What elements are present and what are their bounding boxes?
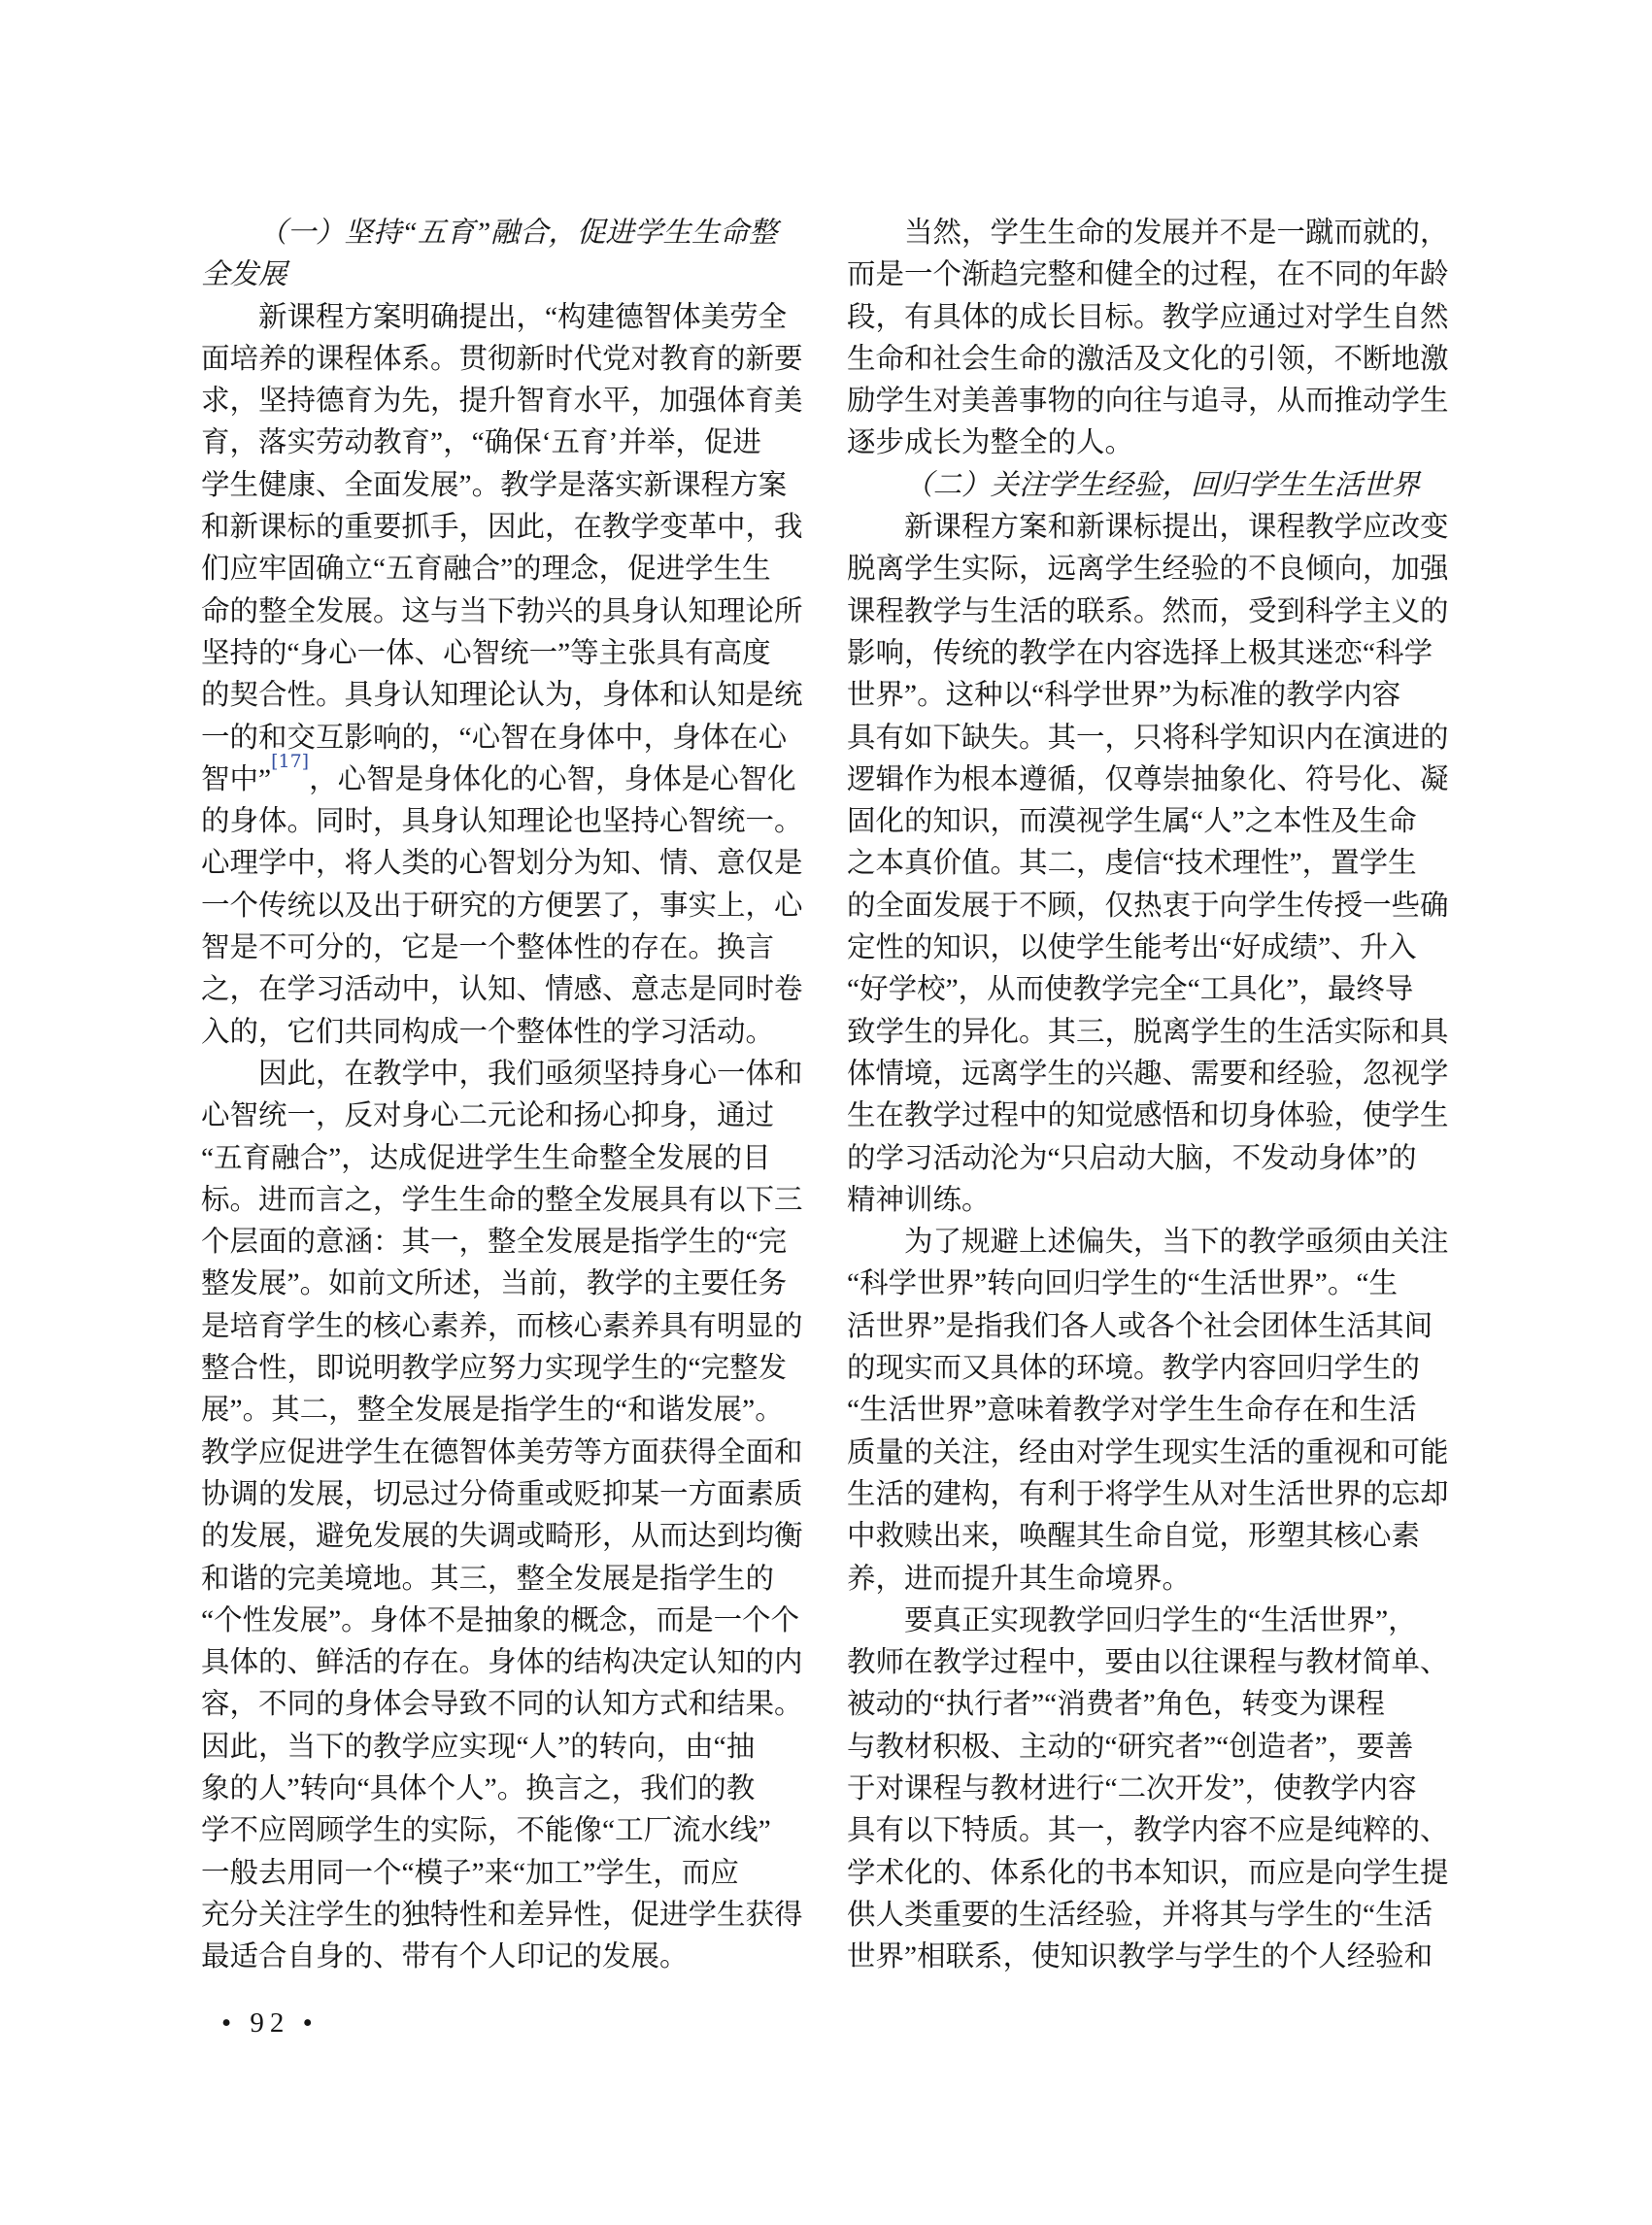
section-heading-line: 全发展 [201,254,815,296]
body-text-line: 充分关注学生的独特性和差异性，促进学生获得 [201,1895,815,1937]
body-text-line: 入的，它们共同构成一个整体性的学习活动。 [201,1012,815,1054]
body-text-line: 活世界”是指我们各人或各个社会团体生活其间 [847,1306,1461,1348]
body-text-line: 们应牢固确立“五育融合”的理念，促进学生生 [201,549,815,590]
body-text-line: 新课程方案明确提出，“构建德智体美劳全 [201,297,815,339]
body-text-line: 具有如下缺失。其一，只将科学知识内在演进的 [847,718,1461,759]
body-text-line: 和谐的完美境地。其三，整全发展是指学生的 [201,1559,815,1601]
body-text-line: “个性发展”。身体不是抽象的概念，而是一个个 [201,1601,815,1642]
body-text-line: 精神训练。 [847,1180,1461,1222]
body-text-line: 生在教学过程中的知觉感悟和切身体验，使学生 [847,1096,1461,1137]
body-text-line: 具有以下特质。其一，教学内容不应是纯粹的、 [847,1810,1461,1852]
body-text-line: 与教材积极、主动的“研究者”“创造者”，要善 [847,1727,1461,1769]
body-text-line: 为了规避上述偏失，当下的教学亟须由关注 [847,1222,1461,1264]
body-text-line: 求，坚持德育为先，提升智育水平，加强体育美 [201,381,815,422]
page-number: • 92 • [221,2004,319,2042]
body-text-line: 于对课程与教材进行“二次开发”，使教学内容 [847,1769,1461,1810]
citation-reference-link[interactable]: [17] [271,751,309,772]
document-page: （一）坚持“五育”融合，促进学生生命整全发展新课程方案明确提出，“构建德智体美劳… [0,0,1652,2225]
body-text-line: 展”。其二，整全发展是指学生的“和谐发展”。 [201,1390,815,1432]
body-text-segment: 智中” [201,764,271,795]
body-text-line: 因此，当下的教学应实现“人”的转向，由“抽 [201,1727,815,1769]
body-text-line: 学术化的、体系化的书本知识，而应是向学生提 [847,1853,1461,1895]
body-text-line: 要真正实现教学回归学生的“生活世界”， [847,1601,1461,1642]
body-text-line: 是培育学生的核心素养，而核心素养具有明显的 [201,1306,815,1348]
body-text-line: 学不应罔顾学生的实际，不能像“工厂流水线” [201,1810,815,1852]
body-text-line: “五育融合”，达成促进学生生命整全发展的目 [201,1138,815,1180]
body-text-line: 智是不可分的，它是一个整体性的存在。换言 [201,927,815,969]
body-text-line: 个层面的意涵：其一，整全发展是指学生的“完 [201,1222,815,1264]
body-text-line: 命的整全发展。这与当下勃兴的具身认知理论所 [201,591,815,633]
body-text-line: 学生健康、全面发展”。教学是落实新课程方案 [201,465,815,507]
body-text-line: 逐步成长为整全的人。 [847,422,1461,464]
body-text-line: 心智统一，反对身心二元论和扬心抑身，通过 [201,1096,815,1137]
body-text-line: 容，不同的身体会导致不同的认知方式和结果。 [201,1684,815,1726]
body-text-line: 一个传统以及出于研究的方便罢了，事实上，心 [201,886,815,927]
body-text-line: 的契合性。具身认知理论认为，身体和认知是统 [201,675,815,717]
body-text-segment: ，心智是身体化的心智，身体是心智化 [309,764,796,795]
section-heading-line: （一）坚持“五育”融合，促进学生生命整 [201,213,815,254]
body-text-line: 整发展”。如前文所述，当前，教学的主要任务 [201,1264,815,1305]
body-text-line: 协调的发展，切忌过分倚重或贬抑某一方面素质 [201,1474,815,1516]
body-text-line: 逻辑作为根本遵循，仅尊崇抽象化、符号化、凝 [847,759,1461,801]
body-text-line: 定性的知识，以使学生能考出“好成绩”、升入 [847,927,1461,969]
body-text-line: 的发展，避免发展的失调或畸形，从而达到均衡 [201,1516,815,1558]
body-text-line: 课程教学与生活的联系。然而，受到科学主义的 [847,591,1461,633]
body-text-line: “生活世界”意味着教学对学生生命存在和生活 [847,1390,1461,1432]
body-text-line: 体情境，远离学生的兴趣、需要和经验，忽视学 [847,1054,1461,1096]
body-text-line: 最适合自身的、带有个人印记的发展。 [201,1937,815,1978]
body-text-line: 因此，在教学中，我们亟须坚持身心一体和 [201,1054,815,1096]
left-text-column: （一）坚持“五育”融合，促进学生生命整全发展新课程方案明确提出，“构建德智体美劳… [201,213,815,1978]
body-text-line: 的学习活动沦为“只启动大脑，不发动身体”的 [847,1138,1461,1180]
body-text-line: “科学世界”转向回归学生的“生活世界”。“生 [847,1264,1461,1305]
body-text-line: “好学校”，从而使教学完全“工具化”，最终导 [847,969,1461,1011]
body-text-line: 面培养的课程体系。贯彻新时代党对教育的新要 [201,339,815,381]
body-text-line: 心理学中，将人类的心智划分为知、情、意仅是 [201,843,815,885]
body-text-line: 象的人”转向“具体个人”。换言之，我们的教 [201,1769,815,1810]
body-text-line: 的身体。同时，具身认知理论也坚持心智统一。 [201,801,815,843]
body-text-line: 供人类重要的生活经验，并将其与学生的“生活 [847,1895,1461,1937]
body-text-line: 一般去用同一个“模子”来“加工”学生，而应 [201,1853,815,1895]
body-text-line: 被动的“执行者”“消费者”角色，转变为课程 [847,1684,1461,1726]
section-heading-line: （二）关注学生经验，回归学生生活世界 [847,465,1461,507]
body-text-line: 世界”。这种以“科学世界”为标准的教学内容 [847,675,1461,717]
body-text-line: 养，进而提升其生命境界。 [847,1559,1461,1601]
body-text-line: 脱离学生实际，远离学生经验的不良倾向，加强 [847,549,1461,590]
body-text-line: 坚持的“身心一体、心智统一”等主张具有高度 [201,633,815,675]
body-text-line: 段，有具体的成长目标。教学应通过对学生自然 [847,297,1461,339]
body-text-line: 的全面发展于不顾，仅热衷于向学生传授一些确 [847,886,1461,927]
body-text-line: 的现实而又具体的环境。教学内容回归学生的 [847,1348,1461,1390]
body-text-line: 当然，学生生命的发展并不是一蹴而就的， [847,213,1461,254]
body-text-line: 世界”相联系，使知识教学与学生的个人经验和 [847,1937,1461,1978]
body-text-line: 固化的知识，而漠视学生属“人”之本性及生命 [847,801,1461,843]
body-text-line: 具体的、鲜活的存在。身体的结构决定认知的内 [201,1642,815,1684]
body-text-line: 整合性，即说明教学应努力实现学生的“完整发 [201,1348,815,1390]
body-text-line: 影响，传统的教学在内容选择上极其迷恋“科学 [847,633,1461,675]
body-text-line: 育，落实劳动教育”，“确保‘五育’并举，促进 [201,422,815,464]
body-text-line: 之本真价值。其二，虔信“技术理性”，置学生 [847,843,1461,885]
body-text-line: 致学生的异化。其三，脱离学生的生活实际和具 [847,1012,1461,1054]
body-text-line: 生命和社会生命的激活及文化的引领，不断地激 [847,339,1461,381]
body-text-line: 质量的关注，经由对学生现实生活的重视和可能 [847,1433,1461,1474]
body-text-line: 之，在学习活动中，认知、情感、意志是同时卷 [201,969,815,1011]
right-text-column: 当然，学生生命的发展并不是一蹴而就的，而是一个渐趋完整和健全的过程，在不同的年龄… [847,213,1461,1978]
body-text-line: 生活的建构，有利于将学生从对生活世界的忘却 [847,1474,1461,1516]
body-text-line: 新课程方案和新课标提出，课程教学应改变 [847,507,1461,549]
body-text-line: 励学生对美善事物的向往与追寻，从而推动学生 [847,381,1461,422]
body-text-line: 而是一个渐趋完整和健全的过程，在不同的年龄 [847,254,1461,296]
body-text-line: 智中”[17]，心智是身体化的心智，身体是心智化 [201,759,815,801]
body-text-line: 中救赎出来，唤醒其生命自觉，形塑其核心素 [847,1516,1461,1558]
body-text-line: 教学应促进学生在德智体美劳等方面获得全面和 [201,1433,815,1474]
body-text-line: 标。进而言之，学生生命的整全发展具有以下三 [201,1180,815,1222]
body-text-line: 和新课标的重要抓手，因此，在教学变革中，我 [201,507,815,549]
body-text-line: 教师在教学过程中，要由以往课程与教材简单、 [847,1642,1461,1684]
